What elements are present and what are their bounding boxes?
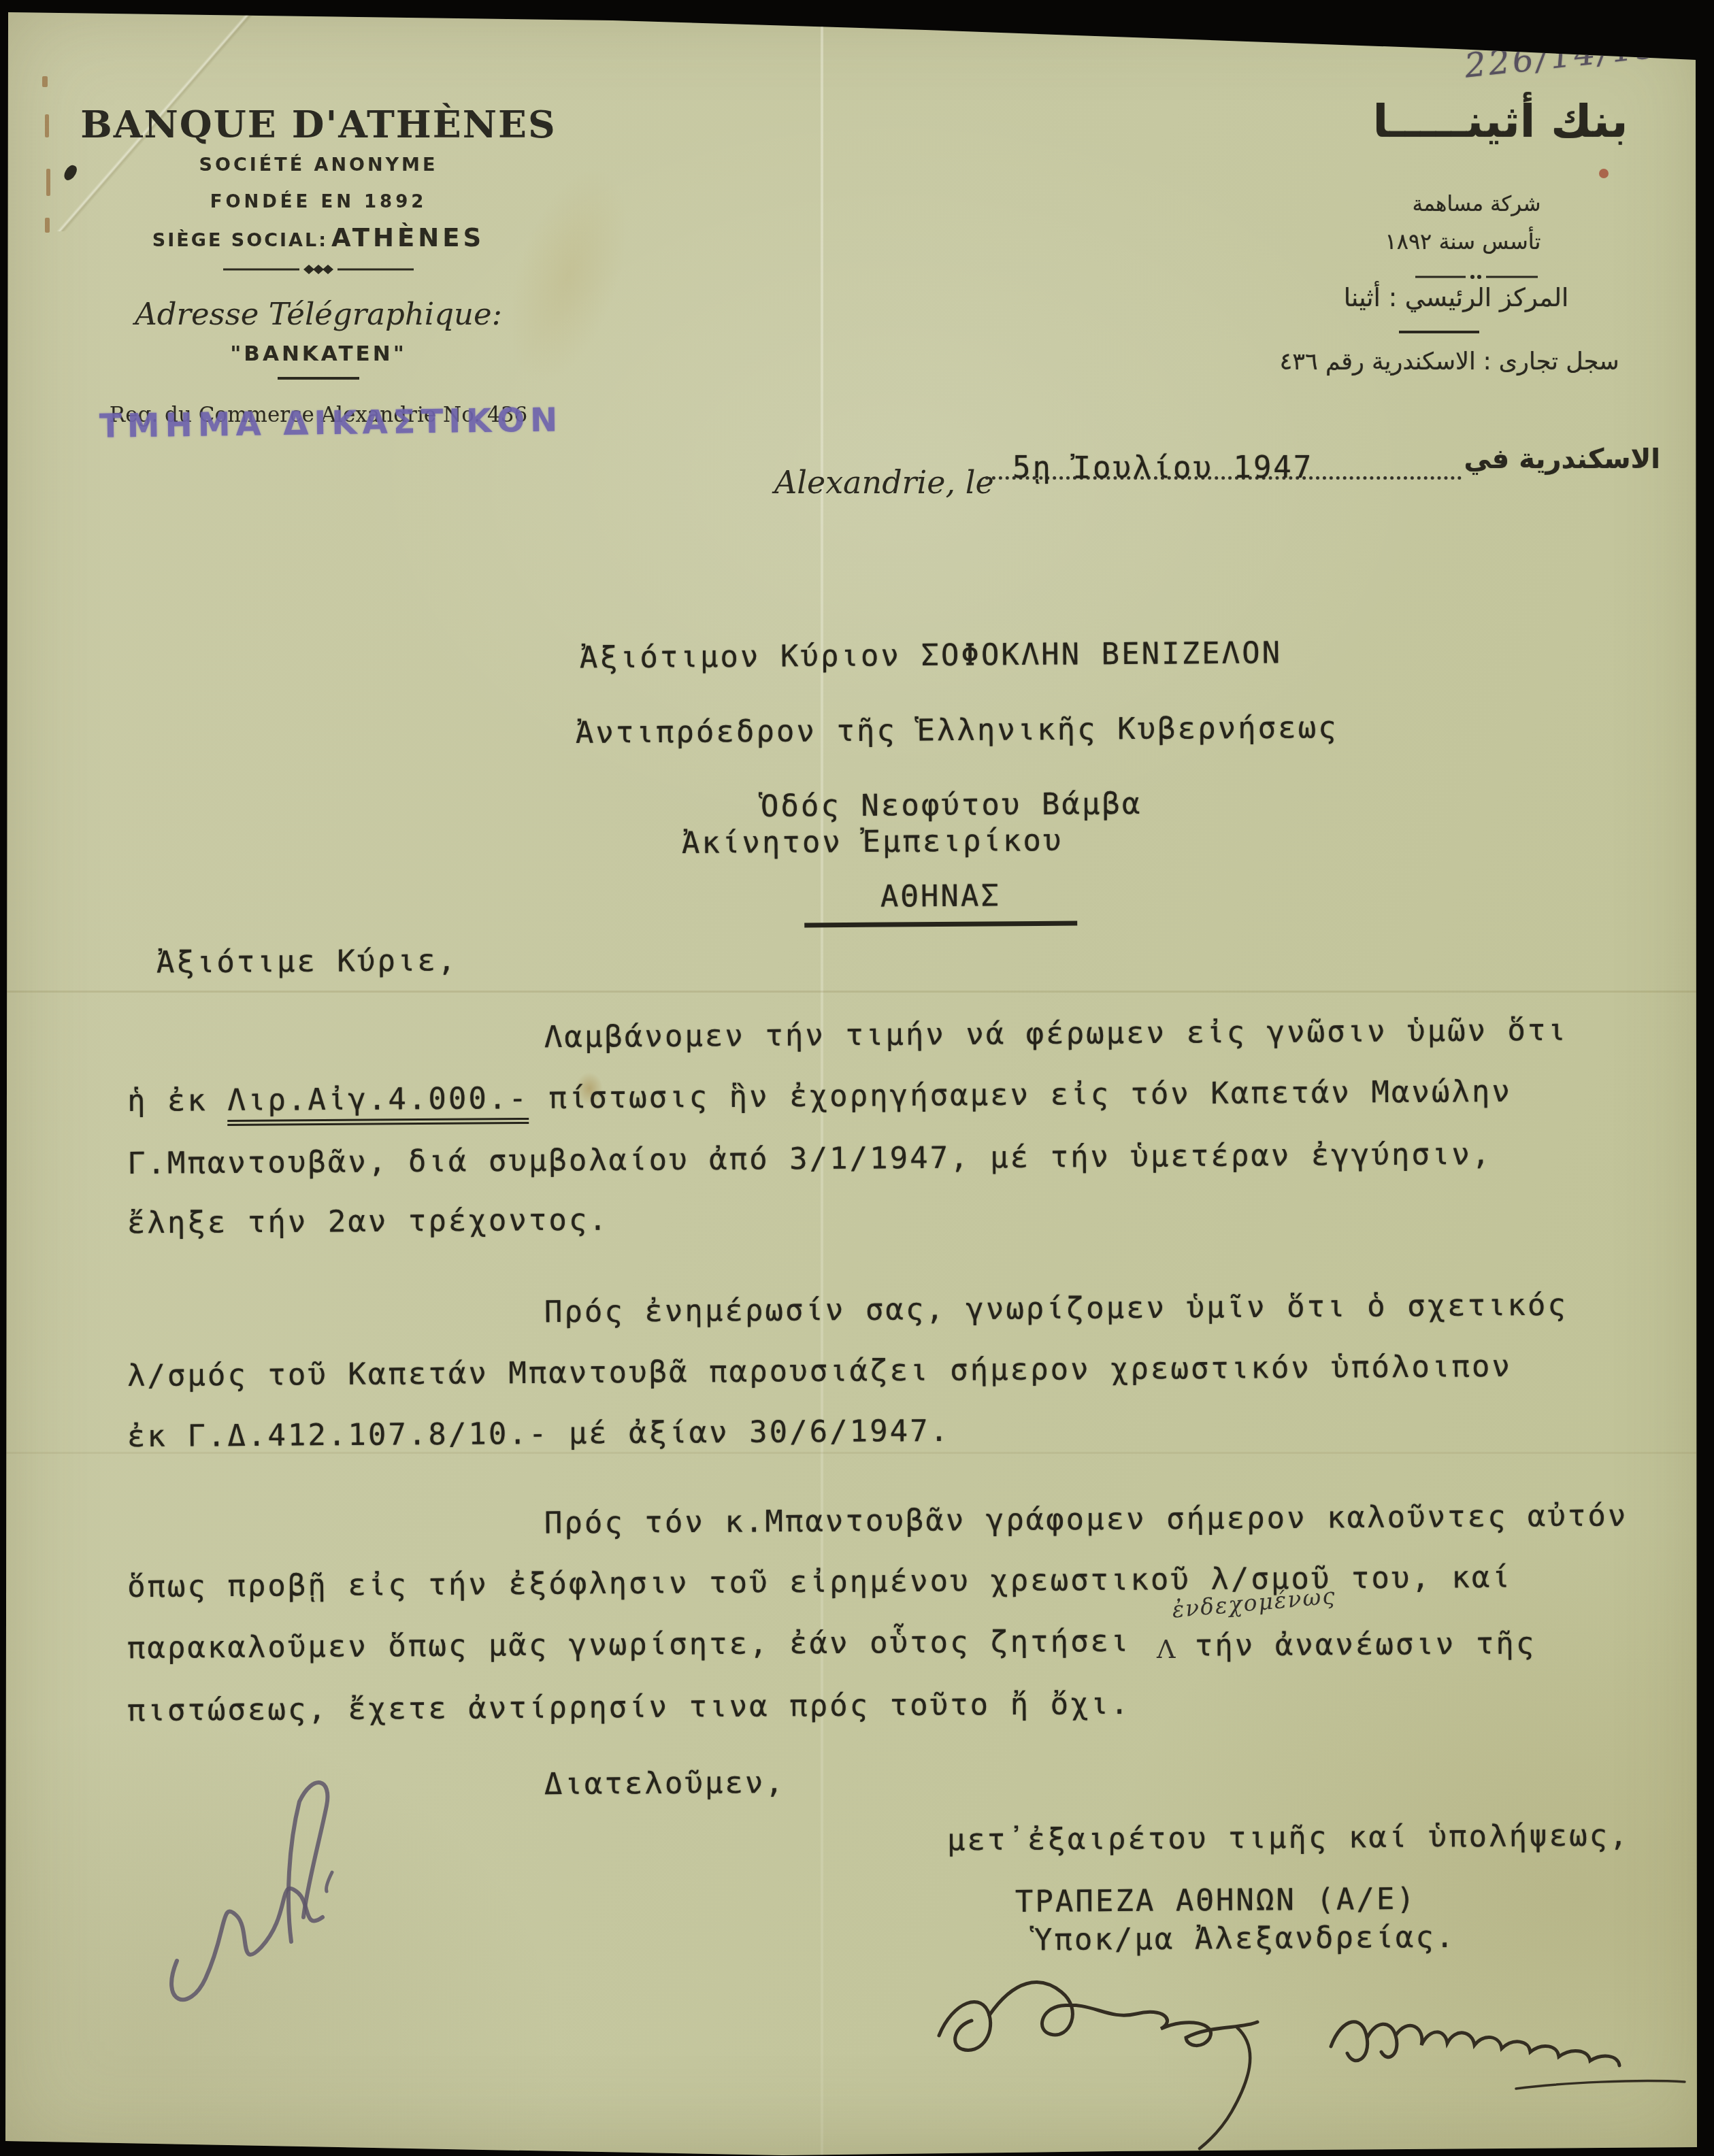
pencil-paraph <box>124 1736 423 2036</box>
rust-dot <box>1599 169 1609 178</box>
edge-mark-1 <box>42 76 48 87</box>
dateline-city-arabic: الاسكندرية في <box>1456 444 1660 475</box>
organization-line: ΤΡΑΠΕΖΑ ΑΘΗΝΩΝ (Α/Ε) <box>1015 1882 1417 1919</box>
body-p1-line2-post: πίστωσις ἣν ἐχορηγήσαμεν εἰς τόν Καπετάν… <box>529 1074 1512 1116</box>
signature-left <box>917 1947 1339 2151</box>
compliment-line: μετ᾽ἐξαιρέτου τιμῆς καί ὑπολήψεως, <box>947 1819 1630 1858</box>
fold-crease-vertical <box>821 0 823 2156</box>
ornament-divider-arabic <box>1415 271 1538 284</box>
fold-crease-horizontal <box>0 991 1714 993</box>
recipient-city: ΑΘΗΝΑΣ <box>804 878 1077 928</box>
recipient-line-2: Ἀντιπρόεδρον τῆς Ἑλληνικῆς Κυβερνήσεως <box>576 710 1338 750</box>
signature-right <box>1312 1981 1707 2110</box>
body-p1-line4: ἔληξε τήν 2αν τρέχοντος. <box>127 1203 609 1241</box>
body-p3-line1: Πρός τόν κ.Μπαντουβᾶν γράφομεν σήμερον κ… <box>544 1498 1628 1540</box>
small-rule <box>278 377 359 380</box>
bank-name-french: BANQUE D'ATHÈNES <box>80 102 557 146</box>
department-stamp: ΤΜΗΜΑ ΔΙΚΑΣΤΙΚΟΝ <box>99 401 563 446</box>
letterhead-french: BANQUE D'ATHÈNES SOCIÉTÉ ANONYME FONDÉE … <box>80 102 557 427</box>
recipient-line-1: Ἀξιότιμον Κύριον ΣΟΦΟΚΛΗΝ ΒΕΝΙΖΕΛΟΝ <box>580 635 1283 675</box>
body-p2-line3: ἐκ Γ.Δ.412.107.8/10.- μέ ἀξίαν 30/6/1947… <box>127 1414 950 1454</box>
head-office-arabic: المركز الرئيسي : أثينا <box>1296 283 1616 312</box>
telegraph-address-value: "BANKATEN" <box>80 342 557 366</box>
scanned-letter-page: 226/14/155 BANQUE D'ATHÈNES SOCIÉTÉ ANON… <box>0 0 1714 2156</box>
dateline-date-typed: 5ῃ Ἰουλίου 1947 <box>1012 450 1313 485</box>
commerce-registry-arabic: سجل تجارى : الاسكندرية رقم ٤٣٦ <box>1215 348 1684 376</box>
founded-french: FONDÉE EN 1892 <box>80 192 557 212</box>
recipient-line-4: Ἀκίνητον Ἐμπειρίκου <box>682 823 1064 861</box>
company-type-arabic: شركة مساهمة <box>1381 192 1572 216</box>
credit-amount: Λιρ.Αἰγ.4.000.- <box>227 1081 529 1126</box>
insertion-caret-mark: Λ <box>1157 1634 1175 1664</box>
edge-mark-3 <box>46 169 50 196</box>
paper-sheet: 226/14/155 BANQUE D'ATHÈNES SOCIÉTÉ ANON… <box>0 0 1714 2156</box>
company-type-french: SOCIÉTÉ ANONYME <box>80 154 557 176</box>
edge-mark-2 <box>45 114 49 137</box>
body-p1-line2-pre: ἡ ἐκ <box>127 1083 228 1118</box>
body-p3-line4: πιστώσεως, ἔχετε ἀντίρρησίν τινα πρός το… <box>127 1687 1131 1728</box>
body-p3-line3-pre: παρακαλοῦμεν ὅπως μᾶς γνωρίσητε, ἐάν οὗτ… <box>127 1624 1131 1665</box>
head-office-french: SIÈGE SOCIAL: ATHÈNES <box>80 223 557 252</box>
body-p1-line1: Λαμβάνομεν τήν τιμήν νά φέρωμεν εἰς γνῶσ… <box>544 1013 1568 1055</box>
head-office-value: ATHÈNES <box>331 223 484 252</box>
closing-word: Διατελοῦμεν, <box>544 1765 785 1802</box>
body-p2-line2: λ/σμός τοῦ Καπετάν Μπαντουβᾶ παρουσιάζει… <box>127 1349 1512 1393</box>
head-office-label: SIÈGE SOCIAL: <box>152 230 328 251</box>
edge-mark-4 <box>45 218 50 233</box>
telegraph-address-label: Adresse Télégraphique: <box>80 296 557 332</box>
dateline-city-french: Alexandrie, le <box>774 464 994 501</box>
head-office-arabic-underline <box>1399 331 1479 333</box>
ornament-divider <box>80 263 557 278</box>
founded-arabic: تأسس سنة ١٨٩٢ <box>1344 229 1582 254</box>
body-p1-line3: Γ.Μπαντουβᾶν, διά συμβολαίου ἀπό 3/1/194… <box>127 1137 1492 1181</box>
recipient-city-text: ΑΘΗΝΑΣ <box>804 878 1077 928</box>
body-p2-line1: Πρός ἐνημέρωσίν σας, γνωρίζομεν ὑμῖν ὅτι… <box>544 1288 1568 1329</box>
recipient-line-3: Ὁδός Νεοφύτου Βάμβα <box>761 786 1142 824</box>
pencil-reference-number: 226/14/155 <box>1463 24 1685 85</box>
bank-name-arabic: بنك أثينـــــا <box>1354 95 1647 148</box>
body-p1-line2: ἡ ἐκ Λιρ.Αἰγ.4.000.- πίστωσις ἣν ἐχορηγή… <box>127 1074 1512 1118</box>
salutation: Ἀξιότιμε Κύριε, <box>156 943 458 980</box>
body-p3-line3-post: τήν ἀνανέωσιν τῆς <box>1195 1626 1536 1663</box>
